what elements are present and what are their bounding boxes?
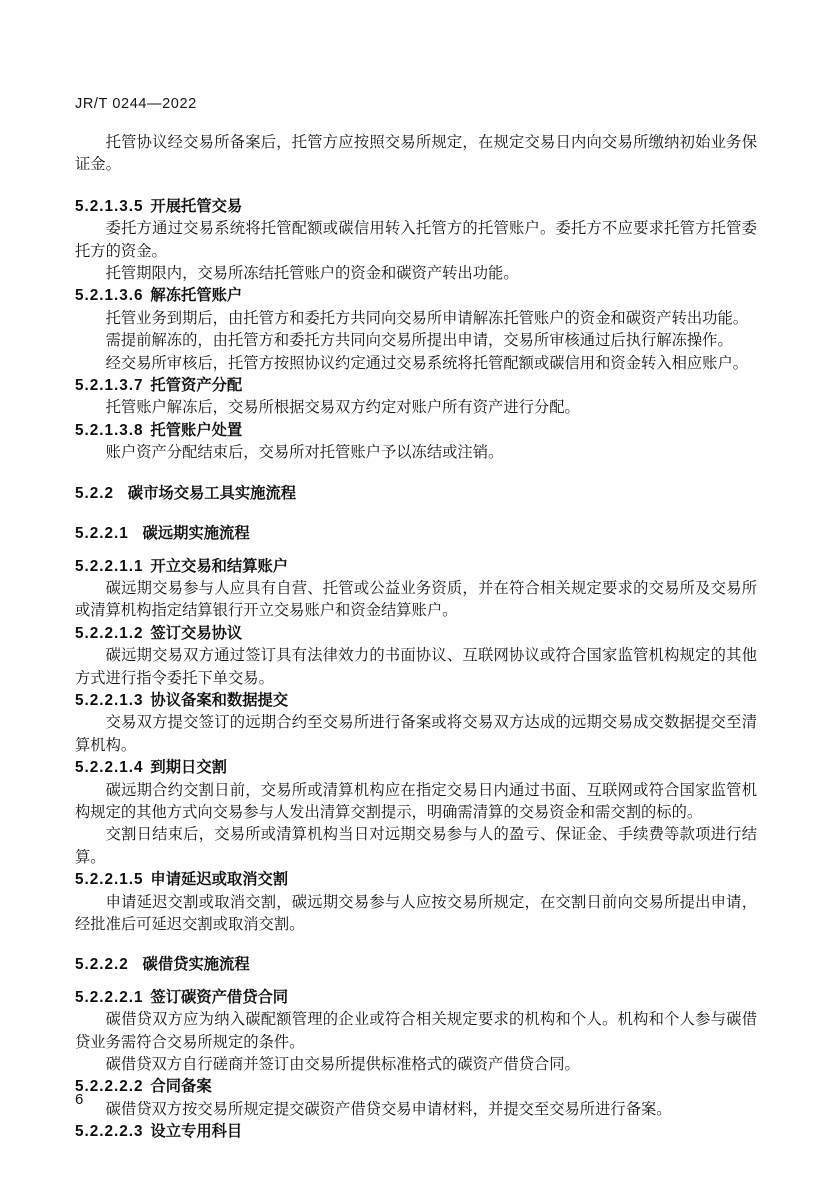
clause-title: 碳借贷实施流程	[143, 956, 250, 973]
clause-number: 5.2.1.3.8	[75, 422, 144, 439]
paragraph: 账户资产分配结束后，交易所对托管账户予以冻结或注销。	[75, 442, 757, 464]
clause-title: 到期日交割	[150, 759, 227, 776]
clause-heading: 5.2.2.2碳借贷实施流程	[75, 954, 757, 976]
clause-title: 申请延迟或取消交割	[150, 871, 288, 888]
clause-number: 5.2.2.1.4	[75, 759, 144, 776]
paragraph: 经交易所审核后，托管方按照协议约定通过交易系统将托管配额或碳信用和资金转入相应账…	[75, 353, 757, 375]
paragraph: 托管账户解冻后，交易所根据交易双方约定对账户所有资产进行分配。	[75, 397, 757, 419]
clause-number: 5.2.2.1.1	[75, 558, 144, 575]
paragraph: 申请延迟交割或取消交割，碳远期交易参与人应按交易所规定，在交割日前向交易所提出申…	[75, 892, 757, 937]
clause-heading: 5.2.1.3.8托管账户处置	[75, 420, 757, 442]
clause-title: 托管资产分配	[150, 377, 242, 394]
clause-number: 5.2.1.3.6	[75, 287, 144, 304]
clause-title: 开展托管交易	[150, 198, 242, 215]
clause-title: 碳远期实施流程	[143, 525, 250, 542]
clause-number: 5.2.2.2.3	[75, 1123, 144, 1140]
paragraph: 交割日结束后，交易所或清算机构当日对远期交易参与人的盈亏、保证金、手续费等款项进…	[75, 824, 757, 869]
clause-heading: 5.2.2.1.5申请延迟或取消交割	[75, 869, 757, 891]
clause-number: 5.2.2.1.5	[75, 871, 144, 888]
page-number: 6	[75, 1091, 83, 1108]
clause-heading: 5.2.2碳市场交易工具实施流程	[75, 483, 757, 505]
clause-title: 碳市场交易工具实施流程	[128, 485, 296, 502]
paragraph: 碳借贷双方自行磋商并签订由交易所提供标准格式的碳资产借贷合同。	[75, 1054, 757, 1076]
paragraph: 碳远期交易参与人应具有自营、托管或公益业务资质，并在符合相关规定要求的交易所及交…	[75, 578, 757, 623]
clause-number: 5.2.1.3.5	[75, 198, 144, 215]
clause-heading: 5.2.2.2.2合同备案	[75, 1076, 757, 1098]
clause-heading: 5.2.2.1碳远期实施流程	[75, 523, 757, 545]
paragraph: 托管业务到期后，由托管方和委托方共同向交易所申请解冻托管账户的资金和碳资产转出功…	[75, 308, 757, 330]
paragraph: 碳远期交易双方通过签订具有法律效力的书面协议、互联网协议或符合国家监管机构规定的…	[75, 645, 757, 690]
clause-heading: 5.2.2.2.1签订碳资产借贷合同	[75, 987, 757, 1009]
clause-number: 5.2.2.2.2	[75, 1078, 144, 1095]
clause-title: 开立交易和结算账户	[150, 558, 288, 575]
clause-heading: 5.2.1.3.5开展托管交易	[75, 196, 757, 218]
clause-heading: 5.2.1.3.6解冻托管账户	[75, 285, 757, 307]
clause-title: 解冻托管账户	[150, 287, 242, 304]
clause-title: 签订碳资产借贷合同	[150, 989, 288, 1006]
paragraph: 碳远期合约交割日前，交易所或清算机构应在指定交易日内通过书面、互联网或符合国家监…	[75, 780, 757, 825]
clause-number: 5.2.1.3.7	[75, 377, 144, 394]
clause-title: 托管账户处置	[150, 422, 242, 439]
clause-title: 合同备案	[150, 1078, 211, 1095]
paragraph: 碳借贷双方应为纳入碳配额管理的企业或符合相关规定要求的机构和个人。机构和个人参与…	[75, 1009, 757, 1054]
clause-heading: 5.2.2.1.2签订交易协议	[75, 623, 757, 645]
clause-number: 5.2.2.1	[75, 525, 129, 542]
clause-number: 5.2.2.2.1	[75, 989, 144, 1006]
clause-number: 5.2.2.2	[75, 956, 129, 973]
clause-title: 签订交易协议	[150, 625, 242, 642]
paragraph: 需提前解冻的，由托管方和委托方共同向交易所提出申请，交易所审核通过后执行解冻操作…	[75, 330, 757, 352]
paragraph: 碳借贷双方按交易所规定提交碳资产借贷交易申请材料，并提交至交易所进行备案。	[75, 1099, 757, 1121]
paragraph: 托管协议经交易所备案后，托管方应按照交易所规定，在规定交易日内向交易所缴纳初始业…	[75, 132, 757, 177]
running-header-standard-number: JR/T 0244—2022	[75, 96, 197, 112]
clause-number: 5.2.2	[75, 485, 114, 502]
clause-heading: 5.2.1.3.7托管资产分配	[75, 375, 757, 397]
paragraph: 托管期限内，交易所冻结托管账户的资金和碳资产转出功能。	[75, 263, 757, 285]
clause-title: 协议备案和数据提交	[150, 692, 288, 709]
document-content: 托管协议经交易所备案后，托管方应按照交易所规定，在规定交易日内向交易所缴纳初始业…	[75, 132, 757, 1144]
clause-heading: 5.2.2.1.4到期日交割	[75, 757, 757, 779]
document-page: JR/T 0244—2022 托管协议经交易所备案后，托管方应按照交易所规定，在…	[0, 0, 830, 1182]
paragraph: 委托方通过交易系统将托管配额或碳信用转入托管方的托管账户。委托方不应要求托管方托…	[75, 218, 757, 263]
clause-number: 5.2.2.1.2	[75, 625, 144, 642]
paragraph: 交易双方提交签订的远期合约至交易所进行备案或将交易双方达成的远期交易成交数据提交…	[75, 712, 757, 757]
clause-heading: 5.2.2.2.3设立专用科目	[75, 1121, 757, 1143]
clause-title: 设立专用科目	[150, 1123, 242, 1140]
clause-heading: 5.2.2.1.3协议备案和数据提交	[75, 690, 757, 712]
clause-heading: 5.2.2.1.1开立交易和结算账户	[75, 556, 757, 578]
clause-number: 5.2.2.1.3	[75, 692, 144, 709]
